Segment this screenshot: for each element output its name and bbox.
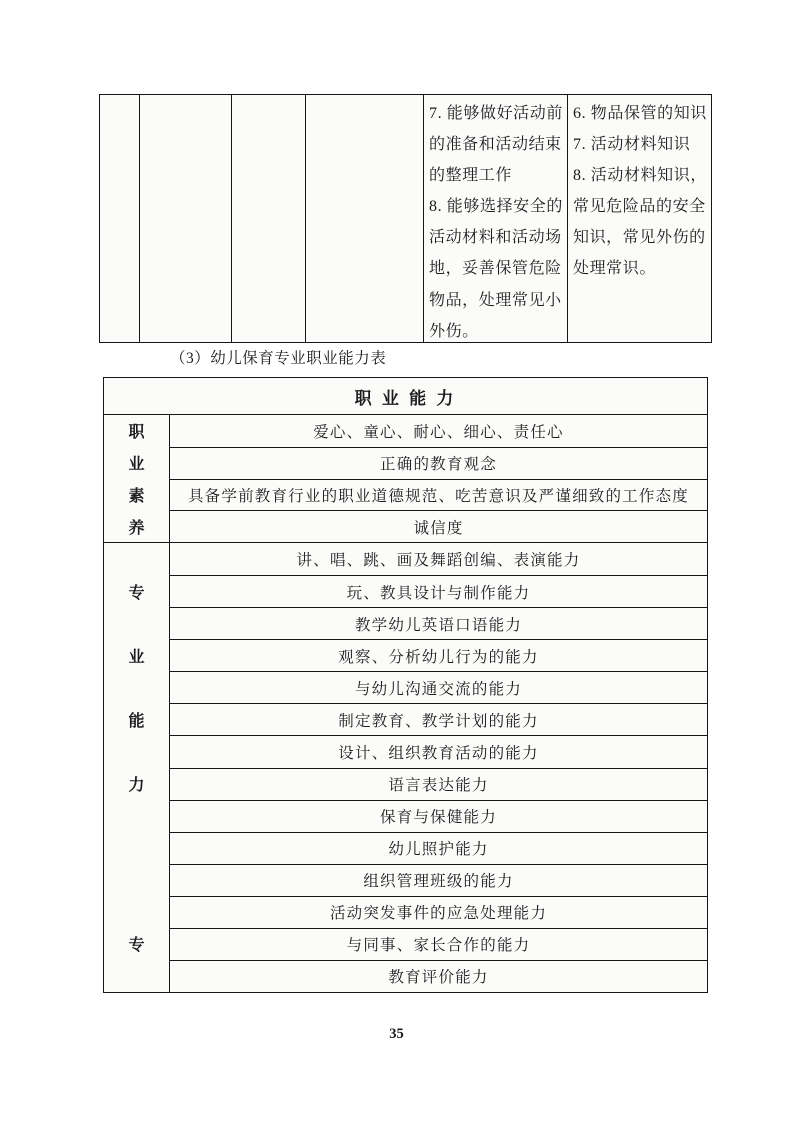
label-char: 业 [104,447,169,479]
label-char: 业 [104,639,169,671]
table-row: 组织管理班级的能力 [170,864,707,896]
table-row: 讲、唱、跳、画及舞蹈创编、表演能力 [170,543,707,575]
table-row: 与幼儿沟通交流的能力 [170,671,707,703]
cell-text-line: 8. 活动材料知识， [573,160,707,191]
table-cell [232,95,307,342]
table-section-ability: 专业能力专 讲、唱、跳、画及舞蹈创编、表演能力玩、教具设计与制作能力教学幼儿英语… [104,542,707,992]
table-cell [100,95,140,342]
cell-text-line: 处理常识。 [573,253,707,284]
table-caption: （3）幼儿保育专业职业能力表 [170,346,386,368]
table-row: 诚信度 [170,510,707,542]
cell-text-line: 6. 物品保管的知识 [573,98,707,129]
label-char: 养 [104,510,169,542]
table-row: 设计、组织教育活动的能力 [170,735,707,767]
cell-text-line: 7. 能够做好活动前 [429,98,563,129]
cell-text-line: 的准备和活动结束 [429,129,563,160]
table-row: 观察、分析幼儿行为的能力 [170,639,707,671]
table-row: 爱心、童心、耐心、细心、责任心 [170,415,707,447]
table-row: 语言表达能力 [170,768,707,800]
label-char: 素 [104,479,169,511]
page-number: 35 [0,1026,793,1043]
cell-text-line: 知识，常见外伤的 [573,222,707,253]
cell-text-line: 的整理工作 [429,160,563,191]
table-cell [140,95,232,342]
table-row: 具备学前教育行业的职业道德规范、吃苦意识及严谨细致的工作态度 [170,479,707,511]
table-row: 玩、教具设计与制作能力 [170,575,707,607]
table-row: 教育评价能力 [170,960,707,992]
cell-text-line: 7. 活动材料知识 [573,129,707,160]
cell-text-line: 8. 能够选择安全的 [429,191,563,222]
table-row: 保育与保健能力 [170,800,707,832]
ability-table: 职 业 能 力 职业素养 爱心、童心、耐心、细心、责任心正确的教育观念具备学前教… [103,377,708,993]
section-label-vertical: 专业能力专 [104,543,170,992]
table-row: 制定教育、教学计划的能力 [170,703,707,735]
label-char: 能 [104,703,169,735]
label-char: 职 [104,415,169,447]
cell-text-line: 物品，处理常见小 [429,285,563,316]
section-rows: 爱心、童心、耐心、细心、责任心正确的教育观念具备学前教育行业的职业道德规范、吃苦… [170,415,707,542]
table-row: 教学幼儿英语口语能力 [170,607,707,639]
label-char: 专 [104,928,169,960]
table-row: 与同事、家长合作的能力 [170,928,707,960]
section-label-vertical: 职业素养 [104,415,170,542]
cell-text-line: 地，妥善保管危险 [429,253,563,284]
section-rows: 讲、唱、跳、画及舞蹈创编、表演能力玩、教具设计与制作能力教学幼儿英语口语能力观察… [170,543,707,992]
table-cell [306,95,424,342]
continued-table: 7. 能够做好活动前的准备和活动结束的整理工作8. 能够选择安全的活动材料和活动… [99,94,712,343]
table-cell: 7. 能够做好活动前的准备和活动结束的整理工作8. 能够选择安全的活动材料和活动… [424,95,568,342]
label-char: 专 [104,575,169,607]
cell-text-line: 活动材料和活动场 [429,222,563,253]
table-cell: 6. 物品保管的知识7. 活动材料知识8. 活动材料知识，常见危险品的安全知识，… [568,95,711,342]
table-row: 幼儿照护能力 [170,832,707,864]
table-header: 职 业 能 力 [104,378,707,415]
table-section-quality: 职业素养 爱心、童心、耐心、细心、责任心正确的教育观念具备学前教育行业的职业道德… [104,415,707,542]
cell-text-line: 常见危险品的安全 [573,191,707,222]
table-row: 活动突发事件的应急处理能力 [170,896,707,928]
label-char: 力 [104,768,169,800]
document-page: 7. 能够做好活动前的准备和活动结束的整理工作8. 能够选择安全的活动材料和活动… [0,0,793,1121]
cell-text-line: 外伤。 [429,316,563,347]
table-row: 正确的教育观念 [170,447,707,479]
